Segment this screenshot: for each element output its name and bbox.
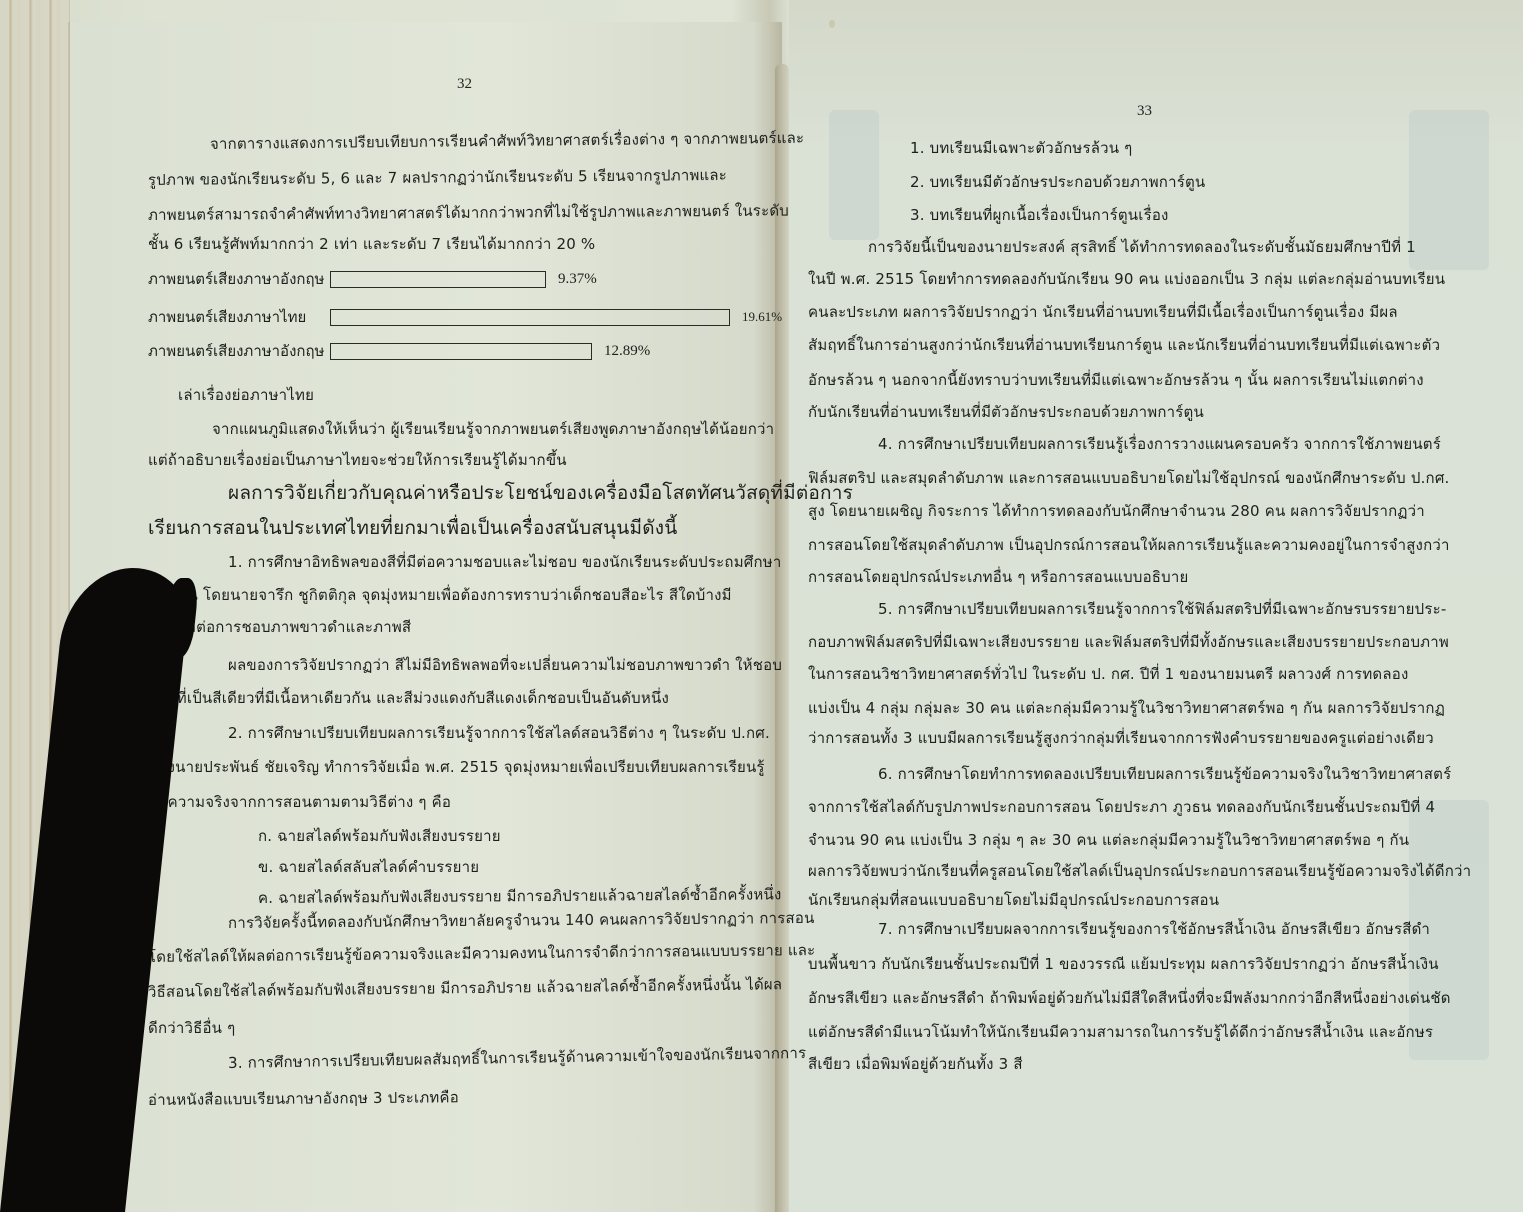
page-number-left: 32	[457, 76, 472, 93]
list-item-line: แต่อักษรสีดำมีแนวโน้มทำให้นักเรียนมีความ…	[808, 1020, 1433, 1044]
list-item-line: ตอนต้น โดยนายจารึก ชูกิตติกุล จุดมุ่งหมา…	[148, 583, 732, 607]
paragraph-line: ผลของการวิจัยปรากฏว่า สีไม่มีอิทธิพลพอที…	[228, 653, 782, 677]
paragraph-line: กับนักเรียนที่อ่านบทเรียนที่มีตัวอักษรปร…	[808, 400, 1204, 424]
list-item-line: จากการใช้สไลด์กับรูปภาพประกอบการสอน โดยป…	[808, 795, 1435, 819]
chart-row: ภาพยนตร์เสียงภาษาไทย 19.61%	[148, 306, 782, 328]
chart-value-label: 9.37%	[558, 271, 597, 288]
chart-category-label: ภาพยนตร์เสียงภาษาอังกฤษ	[148, 267, 330, 291]
list-item-line: 7. การศึกษาเปรียบผลจากการเรียนรู้ของการใ…	[878, 917, 1430, 941]
list-item-line: สีเขียว เมื่อพิมพ์อยู่ด้วยกันทั้ง 3 สี	[808, 1052, 1023, 1076]
list-item-line: ข้อความจริงจากการสอนตามตามวิธีต่าง ๆ คือ	[148, 790, 451, 814]
paragraph-line: รูปภาพ ของนักเรียนระดับ 5, 6 และ 7 ผลปรา…	[148, 163, 727, 192]
book-gutter	[775, 64, 789, 1212]
list-item-line: 5. การศึกษาเปรียบเทียบผลการเรียนรู้จากกา…	[878, 597, 1446, 621]
bleed-through-mark	[1409, 110, 1489, 270]
type-list-item: 2. บทเรียนมีตัวอักษรประกอบด้วยภาพการ์ตูน	[910, 170, 1205, 194]
paper-stain	[829, 20, 835, 28]
list-item-line: กอบภาพฟิล์มสตริปที่มีเฉพาะเสียงบรรยาย แล…	[808, 630, 1449, 654]
chart-category-label-continuation: เล่าเรื่องย่อภาษาไทย	[178, 383, 314, 407]
list-item-line: บนพื้นขาว กับนักเรียนชั้นประถมปีที่ 1 ขอ…	[808, 952, 1439, 976]
paragraph-line: แต่ถ้าอธิบายเรื่องย่อเป็นภาษาไทยจะช่วยให…	[148, 448, 567, 472]
paragraph-line: สัมฤทธิ์ในการอ่านสูงกว่านักเรียนที่อ่านบ…	[808, 333, 1440, 357]
paragraph-line: ในปี พ.ศ. 2515 โดยทำการทดลองกับนักเรียน …	[808, 267, 1445, 291]
method-item: ค. ฉายสไลด์พร้อมกับฟังเสียงบรรยาย มีการอ…	[258, 882, 782, 910]
book-spread: 32 จากตารางแสดงการเปรียบเทียบการเรียนคำศ…	[0, 0, 1523, 1212]
list-item-line: นักเรียนกลุ่มที่สอนแบบอธิบายโดยไม่มีอุปก…	[808, 888, 1219, 912]
list-item-line: ของนายประพันธ์ ชัยเจริญ ทำการวิจัยเมื่อ …	[148, 755, 765, 779]
chart-bar	[330, 309, 730, 326]
paragraph-line: จากแผนภูมิแสดงให้เห็นว่า ผู้เรียนเรียนรู…	[212, 417, 774, 441]
section-heading-line: ผลการวิจัยเกี่ยวกับคุณค่าหรือประโยชน์ของ…	[228, 478, 853, 508]
list-item-line: 4. การศึกษาเปรียบเทียบผลการเรียนรู้เรื่อ…	[878, 432, 1441, 456]
paragraph-line: คนละประเภท ผลการวิจัยปรากฏว่า นักเรียนที…	[808, 300, 1398, 324]
paragraph-line: ภาพยนตร์สามารถจำคำศัพท์ทางวิทยาศาสตร์ได้…	[148, 199, 789, 227]
chart-category-label: ภาพยนตร์เสียงภาษาไทย	[148, 305, 330, 329]
paragraph-line: ดีกว่าวิธีอื่น ๆ	[148, 1016, 235, 1040]
list-item-line: สูง โดยนายเผชิญ กิจระการ ได้ทำการทดลองกั…	[808, 499, 1425, 523]
chart-value-label: 12.89%	[604, 343, 650, 360]
list-item-line: 6. การศึกษาโดยทำการทดลองเปรียบเทียบผลการ…	[878, 762, 1451, 786]
list-item-line: ฟิล์มสตริป และสมุดลำดับภาพ และการสอนแบบอ…	[808, 466, 1450, 490]
chart-value-label: 19.61%	[742, 309, 782, 325]
method-item: ข. ฉายสไลด์สลับสไลด์คำบรรยาย	[258, 855, 479, 879]
paragraph-line: ชั้น 6 เรียนรู้ศัพท์มากกว่า 2 เท่า และระ…	[148, 232, 595, 256]
paragraph-line: การวิจัยนี้เป็นของนายประสงค์ สุรสิทธิ์ ไ…	[868, 235, 1416, 259]
list-item-line: จำนวน 90 คน แบ่งเป็น 3 กลุ่ม ๆ ละ 30 คน …	[808, 828, 1409, 852]
type-list-item: 1. บทเรียนมีเฉพาะตัวอักษรล้วน ๆ	[910, 136, 1132, 160]
paragraph-line: อักษรล้วน ๆ นอกจากนี้ยังทราบว่าบทเรียนที…	[808, 368, 1424, 392]
section-heading-line: เรียนการสอนในประเทศไทยที่ยกมาเพื่อเป็นเค…	[148, 513, 677, 543]
chart-bar	[330, 343, 592, 360]
page-number-right: 33	[1137, 103, 1152, 120]
list-item-line: อักษรสีเขียว และอักษรสีดำ ถ้าพิมพ์อยู่ด้…	[808, 986, 1451, 1010]
list-item-line: อ่านหนังสือแบบเรียนภาษาอังกฤษ 3 ประเภทคื…	[148, 1085, 459, 1112]
chart-category-label: ภาพยนตร์เสียงภาษาอังกฤษ	[148, 339, 330, 363]
list-item-line: ว่าการสอนทั้ง 3 แบบมีผลการเรียนรู้สูงกว่…	[808, 726, 1434, 750]
list-item-line: 2. การศึกษาเปรียบเทียบผลการเรียนรู้จากกา…	[228, 721, 770, 745]
list-item-line: 1. การศึกษาอิทธิพลของสีที่มีต่อความชอบแล…	[228, 550, 782, 574]
list-item-line: ในการสอนวิชาวิทยาศาสตร์ทั่วไป ในระดับ ป.…	[808, 662, 1408, 686]
method-item: ก. ฉายสไลด์พร้อมกับฟังเสียงบรรยาย	[258, 824, 501, 848]
list-item-line: ผลการวิจัยพบว่านักเรียนที่ครูสอนโดยใช้สไ…	[808, 859, 1471, 883]
list-item-line: การสอนโดยอุปกรณ์ประเภทอื่น ๆ หรือการสอนแ…	[808, 565, 1189, 589]
paragraph-line: การวิจัยครั้งนี้ทดลองกับนักศึกษาวิทยาลัย…	[228, 906, 815, 935]
type-list-item: 3. บทเรียนที่ผูกเนื้อเรื่องเป็นการ์ตูนเร…	[910, 203, 1169, 227]
chart-row: ภาพยนตร์เสียงภาษาอังกฤษ 12.89%	[148, 340, 650, 362]
list-item-line: การสอนโดยใช้สมุดลำดับภาพ เป็นอุปกรณ์การส…	[808, 533, 1450, 557]
paragraph-line: ภาพที่เป็นสีเดียวที่มีเนื้อหาเดียวกัน แล…	[148, 686, 669, 710]
list-item-line: แบ่งเป็น 4 กลุ่ม กลุ่มละ 30 คน แต่ละกลุ่…	[808, 696, 1445, 720]
bleed-through-mark	[829, 110, 879, 240]
chart-row: ภาพยนตร์เสียงภาษาอังกฤษ 9.37%	[148, 268, 597, 290]
chart-bar	[330, 271, 546, 288]
